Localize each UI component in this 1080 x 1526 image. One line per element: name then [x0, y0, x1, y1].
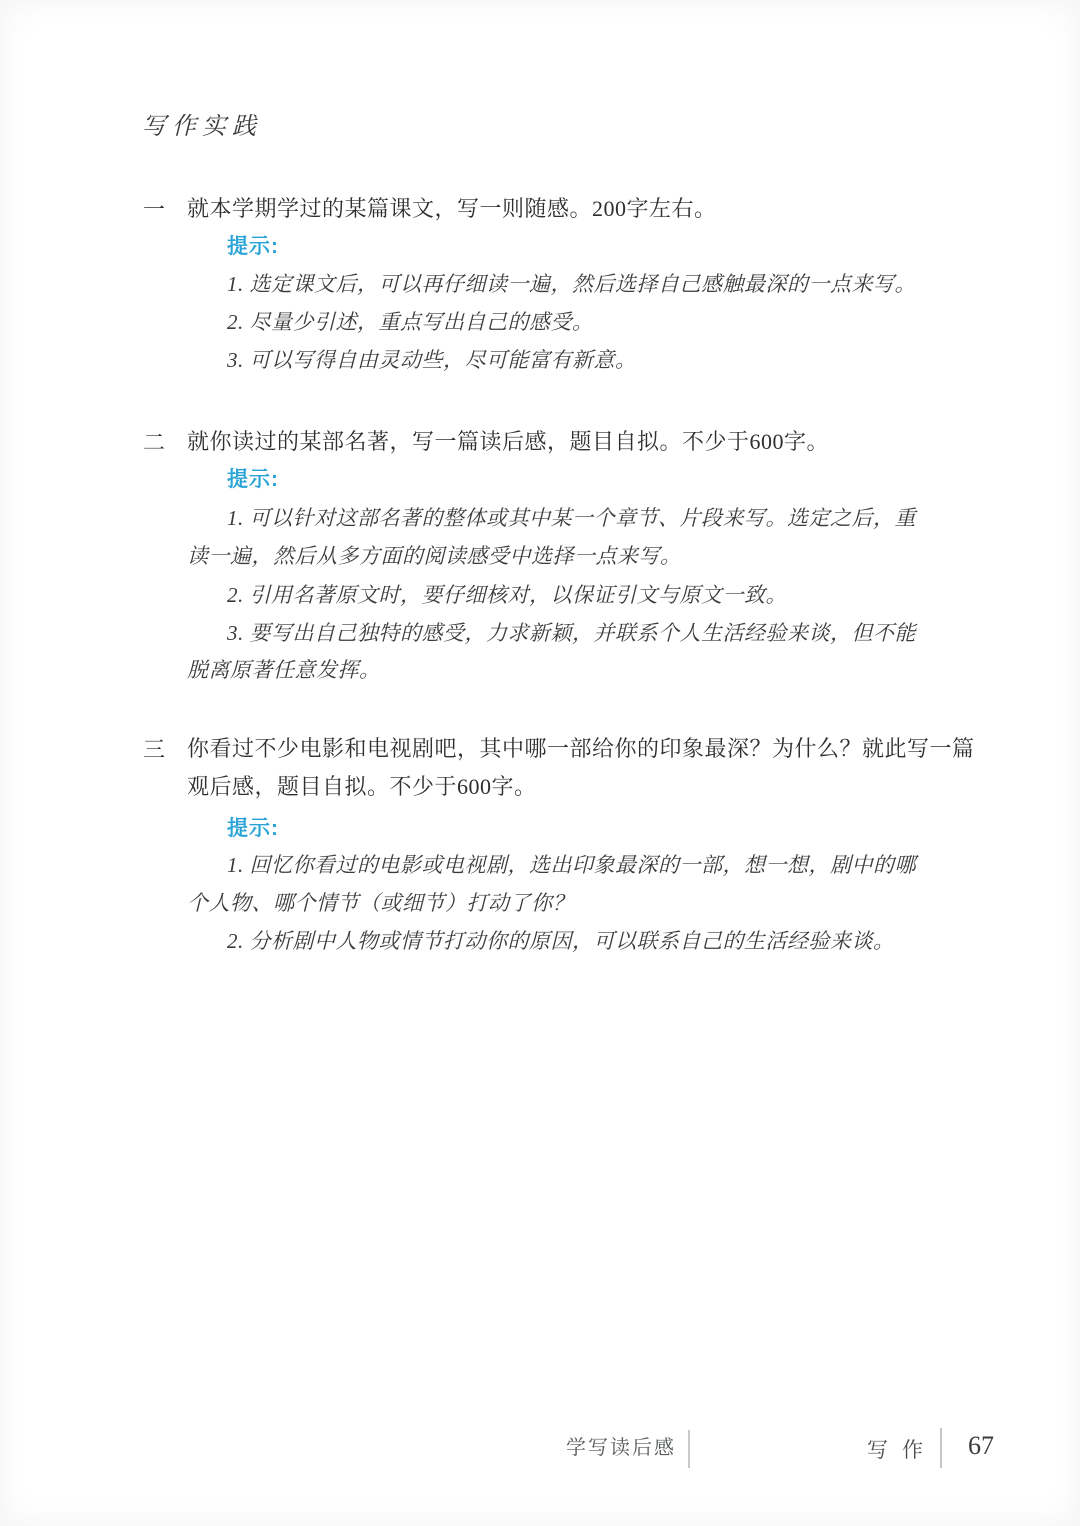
hint-line: 2. 分析剧中人物或情节打动你的原因，可以联系自己的生活经验来谈。 [227, 928, 895, 954]
hint-line: 3. 要写出自己独特的感受，力求新颖，并联系个人生活经验来谈，但不能 [227, 620, 916, 646]
section-marker: 三 [143, 736, 166, 764]
hint-label: 提示: [227, 467, 279, 493]
footer-divider [940, 1428, 942, 1468]
hint-line: 3. 可以写得自由灵动些，尽可能富有新意。 [227, 347, 637, 373]
section-marker: 二 [143, 429, 166, 457]
hint-line: 2. 引用名著原文时，要仔细核对，以保证引文与原文一致。 [227, 582, 787, 608]
hint-line: 脱离原著任意发挥。 [187, 657, 381, 683]
page-title: 写作实践 [142, 112, 262, 142]
hint-line: 2. 尽量少引述，重点写出自己的感受。 [227, 309, 594, 335]
footer-chapter-label: 学写读后感 [566, 1436, 676, 1461]
footer-unit-label: 写作 [867, 1437, 937, 1463]
task-line: 你看过不少电影和电视剧吧，其中哪一部给你的印象最深？为什么？就此写一篇 [187, 735, 975, 763]
task-line: 就你读过的某部名著，写一篇读后感，题目自拟。不少于600字。 [187, 428, 829, 456]
task-line: 就本学期学过的某篇课文，写一则随感。200字左右。 [187, 195, 717, 223]
footer-page-number: 67 [968, 1430, 994, 1463]
hint-line: 个人物、哪个情节（或细节）打动了你？ [187, 890, 574, 916]
task-line: 观后感，题目自拟。不少于600字。 [187, 773, 537, 801]
textbook-page: 写作实践 一 就本学期学过的某篇课文，写一则随感。200字左右。 提示: 1. … [0, 0, 1080, 1526]
hint-line: 读一遍，然后从多方面的阅读感受中选择一点来写。 [187, 543, 682, 569]
footer-divider [688, 1430, 690, 1468]
hint-line: 1. 回忆你看过的电影或电视剧，选出印象最深的一部，想一想，剧中的哪 [227, 852, 916, 878]
hint-label: 提示: [227, 234, 279, 260]
hint-line: 1. 可以针对这部名著的整体或其中某一个章节、片段来写。选定之后，重 [227, 505, 916, 531]
hint-line: 1. 选定课文后，可以再仔细读一遍，然后选择自己感触最深的一点来写。 [227, 271, 916, 297]
hint-label: 提示: [227, 816, 279, 842]
section-marker: 一 [143, 196, 166, 224]
